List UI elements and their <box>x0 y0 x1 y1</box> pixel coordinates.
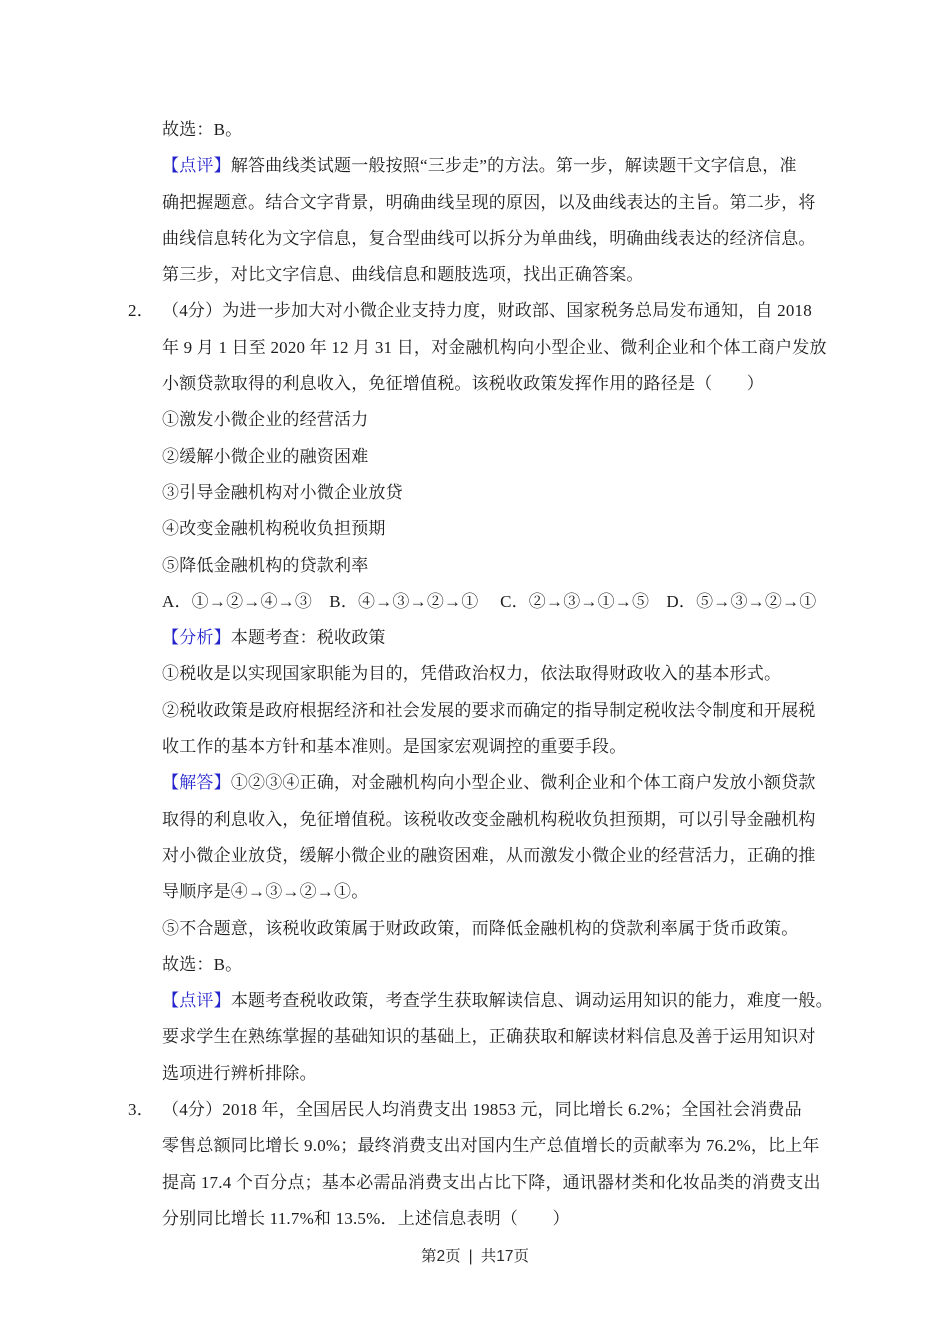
text-line: 对小微企业放贷，缓解小微企业的融资困难，从而激发小微企业的经营活力，正确的推 <box>162 838 822 874</box>
section-tag: 【点评】 <box>162 991 231 1010</box>
text-line: ③引导金融机构对小微企业放贷 <box>162 475 822 511</box>
text-line: 提高 17.4 个百分点；基本必需品消费支出占比下降，通讯器材类和化妆品类的消费… <box>162 1165 822 1201</box>
text-line: 2．（4分）为进一步加大对小微企业支持力度，财政部、国家税务总局发布通知，自 2… <box>162 293 822 329</box>
text-line: ②税收政策是政府根据经济和社会发展的要求而确定的指导制定税收法令制度和开展税 <box>162 693 822 729</box>
line-text: ⑤降低金融机构的贷款利率 <box>162 556 368 575</box>
line-text: 选项进行辨析排除。 <box>162 1064 317 1083</box>
line-text: ⑤不合题意，该税收政策属于财政政策，而降低金融机构的贷款利率属于货币政策。 <box>162 919 798 938</box>
line-text: 取得的利息收入，免征增值税。该税收改变金融机构税收负担预期，可以引导金融机构 <box>162 810 816 829</box>
text-line: 零售总额同比增长 9.0%；最终消费支出对国内生产总值增长的贡献率为 76.2%… <box>162 1128 822 1164</box>
text-line: ⑤降低金融机构的贷款利率 <box>162 548 822 584</box>
text-line: 要求学生在熟练掌握的基础知识的基础上，正确获取和解读材料信息及善于运用知识对 <box>162 1019 822 1055</box>
section-tag: 【分析】 <box>162 628 231 647</box>
line-text: 确把握题意。结合文字背景，明确曲线呈现的原因，以及曲线表达的主旨。第二步，将 <box>162 193 816 212</box>
text-line: 导顺序是④→③→②→①。 <box>162 874 822 910</box>
line-text: 第三步，对比文字信息、曲线信息和题肢选项，找出正确答案。 <box>162 265 644 284</box>
document-body: 故选：B。 【点评】解答曲线类试题一般按照“三步走”的方法。第一步，解读题干文字… <box>162 112 822 1237</box>
line-text: 小额贷款取得的利息收入，免征增值税。该税收政策发挥作用的路径是（ ） <box>162 374 764 393</box>
section-tag: 【点评】 <box>162 156 231 175</box>
text-line: 小额贷款取得的利息收入，免征增值税。该税收政策发挥作用的路径是（ ） <box>162 366 822 402</box>
text-line: 【点评】本题考查税收政策，考查学生获取解读信息、调动运用知识的能力，难度一般。 <box>162 983 822 1019</box>
line-text: ②税收政策是政府根据经济和社会发展的要求而确定的指导制定税收法令制度和开展税 <box>162 701 816 720</box>
line-text: 曲线信息转化为文字信息，复合型曲线可以拆分为单曲线，明确曲线表达的经济信息。 <box>162 229 816 248</box>
text-line: 3．（4分）2018 年，全国居民人均消费支出 19853 元，同比增长 6.2… <box>162 1092 822 1128</box>
footer-page-number: 第2页 <box>421 1248 461 1265</box>
line-text: ④改变金融机构税收负担预期 <box>162 519 386 538</box>
text-line: 取得的利息收入，免征增值税。该税收改变金融机构税收负担预期，可以引导金融机构 <box>162 802 822 838</box>
line-text: 分别同比增长 11.7%和 13.5%．上述信息表明（ ） <box>162 1209 570 1228</box>
section-tag: 【解答】 <box>162 773 231 792</box>
text-line: 选项进行辨析排除。 <box>162 1056 822 1092</box>
line-text: 零售总额同比增长 9.0%；最终消费支出对国内生产总值增长的贡献率为 76.2%… <box>162 1136 820 1155</box>
line-text: ①②③④正确，对金融机构向小型企业、微利企业和个体工商户发放小额贷款 <box>231 773 816 792</box>
text-line: 故选：B。 <box>162 112 822 148</box>
text-line: 第三步，对比文字信息、曲线信息和题肢选项，找出正确答案。 <box>162 257 822 293</box>
line-text: 本题考查：税收政策 <box>231 628 386 647</box>
line-text: A．①→②→④→③ B．④→③→②→① C．②→③→①→⑤ D．⑤→③→②→① <box>162 592 816 611</box>
line-text: 故选：B。 <box>162 120 242 139</box>
text-line: 确把握题意。结合文字背景，明确曲线呈现的原因，以及曲线表达的主旨。第二步，将 <box>162 185 822 221</box>
line-text: （4分）为进一步加大对小微企业支持力度，财政部、国家税务总局发布通知，自 201… <box>162 301 812 320</box>
text-line: A．①→②→④→③ B．④→③→②→① C．②→③→①→⑤ D．⑤→③→②→① <box>162 584 822 620</box>
exam-answer-page: 故选：B。 【点评】解答曲线类试题一般按照“三步走”的方法。第一步，解读题干文字… <box>0 0 950 1344</box>
question-number: 3． <box>128 1092 162 1128</box>
text-line: 故选：B。 <box>162 947 822 983</box>
line-text: 年 9 月 1 日至 2020 年 12 月 31 日，对金融机构向小型企业、微… <box>162 338 827 357</box>
text-line: ⑤不合题意，该税收政策属于财政政策，而降低金融机构的贷款利率属于货币政策。 <box>162 911 822 947</box>
line-text: 收工作的基本方针和基本准则。是国家宏观调控的重要手段。 <box>162 737 626 756</box>
line-text: 本题考查税收政策，考查学生获取解读信息、调动运用知识的能力，难度一般。 <box>231 991 833 1010</box>
line-text: 故选：B。 <box>162 955 242 974</box>
line-text: ②缓解小微企业的融资困难 <box>162 447 368 466</box>
line-text: 对小微企业放贷，缓解小微企业的融资困难，从而激发小微企业的经营活力，正确的推 <box>162 846 816 865</box>
line-text: 要求学生在熟练掌握的基础知识的基础上，正确获取和解读材料信息及善于运用知识对 <box>162 1027 816 1046</box>
text-line: ②缓解小微企业的融资困难 <box>162 439 822 475</box>
text-line: ④改变金融机构税收负担预期 <box>162 511 822 547</box>
footer-total-pages: 共17页 <box>481 1248 529 1265</box>
text-line: 曲线信息转化为文字信息，复合型曲线可以拆分为单曲线，明确曲线表达的经济信息。 <box>162 221 822 257</box>
text-line: 【解答】①②③④正确，对金融机构向小型企业、微利企业和个体工商户发放小额贷款 <box>162 765 822 801</box>
text-line: 收工作的基本方针和基本准则。是国家宏观调控的重要手段。 <box>162 729 822 765</box>
line-text: 提高 17.4 个百分点；基本必需品消费支出占比下降，通讯器材类和化妆品类的消费… <box>162 1173 821 1192</box>
line-text: ①激发小微企业的经营活力 <box>162 410 368 429</box>
text-line: ①激发小微企业的经营活力 <box>162 402 822 438</box>
line-text: 导顺序是④→③→②→①。 <box>162 882 368 901</box>
footer-separator: | <box>469 1248 473 1265</box>
page-footer: 第2页|共17页 <box>0 1244 950 1266</box>
text-line: ①税收是以实现国家职能为目的，凭借政治权力，依法取得财政收入的基本形式。 <box>162 656 822 692</box>
line-text: ③引导金融机构对小微企业放贷 <box>162 483 403 502</box>
line-text: ①税收是以实现国家职能为目的，凭借政治权力，依法取得财政收入的基本形式。 <box>162 664 781 683</box>
text-line: 分别同比增长 11.7%和 13.5%．上述信息表明（ ） <box>162 1201 822 1237</box>
line-text: 解答曲线类试题一般按照“三步走”的方法。第一步，解读题干文字信息，准 <box>231 156 797 175</box>
line-text: （4分）2018 年，全国居民人均消费支出 19853 元，同比增长 6.2%；… <box>162 1100 802 1119</box>
question-number: 2． <box>128 293 162 329</box>
text-line: 年 9 月 1 日至 2020 年 12 月 31 日，对金融机构向小型企业、微… <box>162 330 822 366</box>
text-line: 【分析】本题考查：税收政策 <box>162 620 822 656</box>
text-line: 【点评】解答曲线类试题一般按照“三步走”的方法。第一步，解读题干文字信息，准 <box>162 148 822 184</box>
